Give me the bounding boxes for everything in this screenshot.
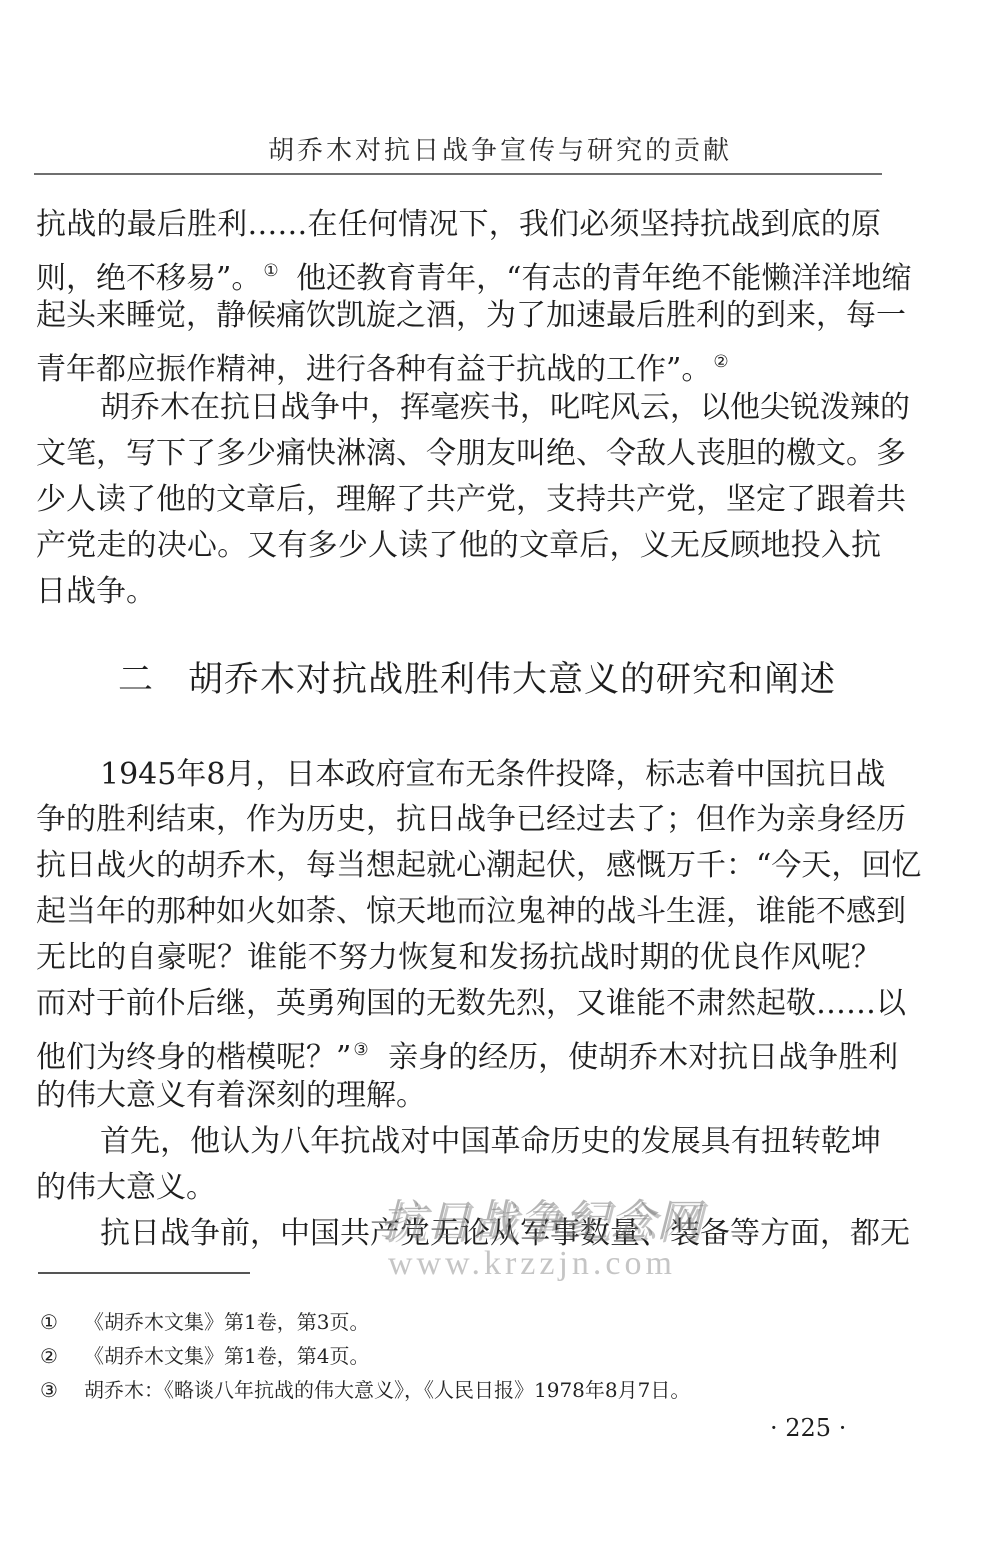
text-line: 首先，他认为八年抗战对中国革命历史的发展具有扭转乾坤 <box>100 1122 881 1162</box>
section-heading: 二胡乔木对抗战胜利伟大意义的研究和阐述 <box>118 658 836 702</box>
text-span: 他们为终身的楷模呢？” <box>36 1040 351 1075</box>
text-line: 抗日战火的胡乔木，每当想起就心潮起伏，感慨万千：“今天，回忆 <box>36 846 881 886</box>
footnote-text: 《胡乔木文集》第1卷，第4页。 <box>84 1344 369 1368</box>
footnote-ref-2[interactable]: ② <box>713 352 728 372</box>
text-line: 日战争。 <box>36 572 881 612</box>
text-span: 他还教育青年，“有志的青年绝不能懒洋洋地缩 <box>296 261 911 296</box>
text-line: 而对于前仆后继，英勇殉国的无数先烈，又谁能不肃然起敬……以 <box>36 984 881 1024</box>
footnote-mark: ② <box>40 1342 84 1370</box>
section-number: 二 <box>118 660 154 700</box>
section-title: 胡乔木对抗战胜利伟大意义的研究和阐述 <box>188 660 836 700</box>
text-span: 则，绝不移易”。 <box>36 261 261 296</box>
text-span: 亲身的经历，使胡乔木对抗日战争胜利 <box>388 1040 898 1075</box>
text-line: 无比的自豪呢？谁能不努力恢复和发扬抗战时期的优良作风呢？ <box>36 938 881 978</box>
footnote-text: 《胡乔木文集》第1卷，第3页。 <box>84 1310 369 1334</box>
text-line: 起当年的那种如火如荼、惊天地而泣鬼神的战斗生涯，谁能不感到 <box>36 892 881 932</box>
footnote-ref-3[interactable]: ③ <box>353 1040 368 1060</box>
page-number: · 225 · <box>770 1413 846 1443</box>
running-head: 胡乔木对抗日战争宣传与研究的贡献 <box>0 130 1000 167</box>
text-line: 起头来睡觉，静候痛饮凯旋之酒，为了加速最后胜利的到来，每一 <box>36 296 881 336</box>
text-line: 的伟大意义。 <box>36 1168 881 1208</box>
text-line: 他们为终身的楷模呢？”③ 亲身的经历，使胡乔木对抗日战争胜利 <box>36 1030 881 1070</box>
text-line: 则，绝不移易”。① 他还教育青年，“有志的青年绝不能懒洋洋地缩 <box>36 251 881 291</box>
text-line: 1945年8月，日本政府宣布无条件投降，标志着中国抗日战 <box>100 755 881 795</box>
book-page: 胡乔木对抗日战争宣传与研究的贡献 抗战的最后胜利……在任何情况下，我们必须坚持抗… <box>0 0 1000 1560</box>
text-line: 胡乔木在抗日战争中，挥毫疾书，叱咤风云，以他尖锐泼辣的 <box>100 388 881 428</box>
footnote-text: 胡乔木：《略谈八年抗战的伟大意义》，《人民日报》1978年8月7日。 <box>84 1378 690 1402</box>
text-line: 产党走的决心。又有多少人读了他的文章后，义无反顾地投入抗 <box>36 526 881 566</box>
footnote-2: ②《胡乔木文集》第1卷，第4页。 <box>40 1342 369 1370</box>
footnote-3: ③胡乔木：《略谈八年抗战的伟大意义》，《人民日报》1978年8月7日。 <box>40 1376 690 1404</box>
footnote-mark: ③ <box>40 1376 84 1404</box>
text-line: 争的胜利结束，作为历史，抗日战争已经过去了；但作为亲身经历 <box>36 800 881 840</box>
footnote-mark: ① <box>40 1308 84 1336</box>
footnote-1: ①《胡乔木文集》第1卷，第3页。 <box>40 1308 369 1336</box>
text-span: 青年都应振作精神，进行各种有益于抗战的工作”。 <box>36 352 711 387</box>
header-rule <box>34 173 882 175</box>
footnote-ref-1[interactable]: ① <box>263 261 278 281</box>
text-line: 少人读了他的文章后，理解了共产党，支持共产党，坚定了跟着共 <box>36 480 881 520</box>
text-line: 抗日战争前，中国共产党无论从军事数量、装备等方面，都无 <box>100 1214 881 1254</box>
footnote-rule <box>38 1272 250 1274</box>
text-line: 文笔，写下了多少痛快淋漓、令朋友叫绝、令敌人丧胆的檄文。多 <box>36 434 881 474</box>
text-line: 青年都应振作精神，进行各种有益于抗战的工作”。② <box>36 342 881 382</box>
text-line: 抗战的最后胜利……在任何情况下，我们必须坚持抗战到底的原 <box>36 205 881 245</box>
text-line: 的伟大意义有着深刻的理解。 <box>36 1076 881 1116</box>
